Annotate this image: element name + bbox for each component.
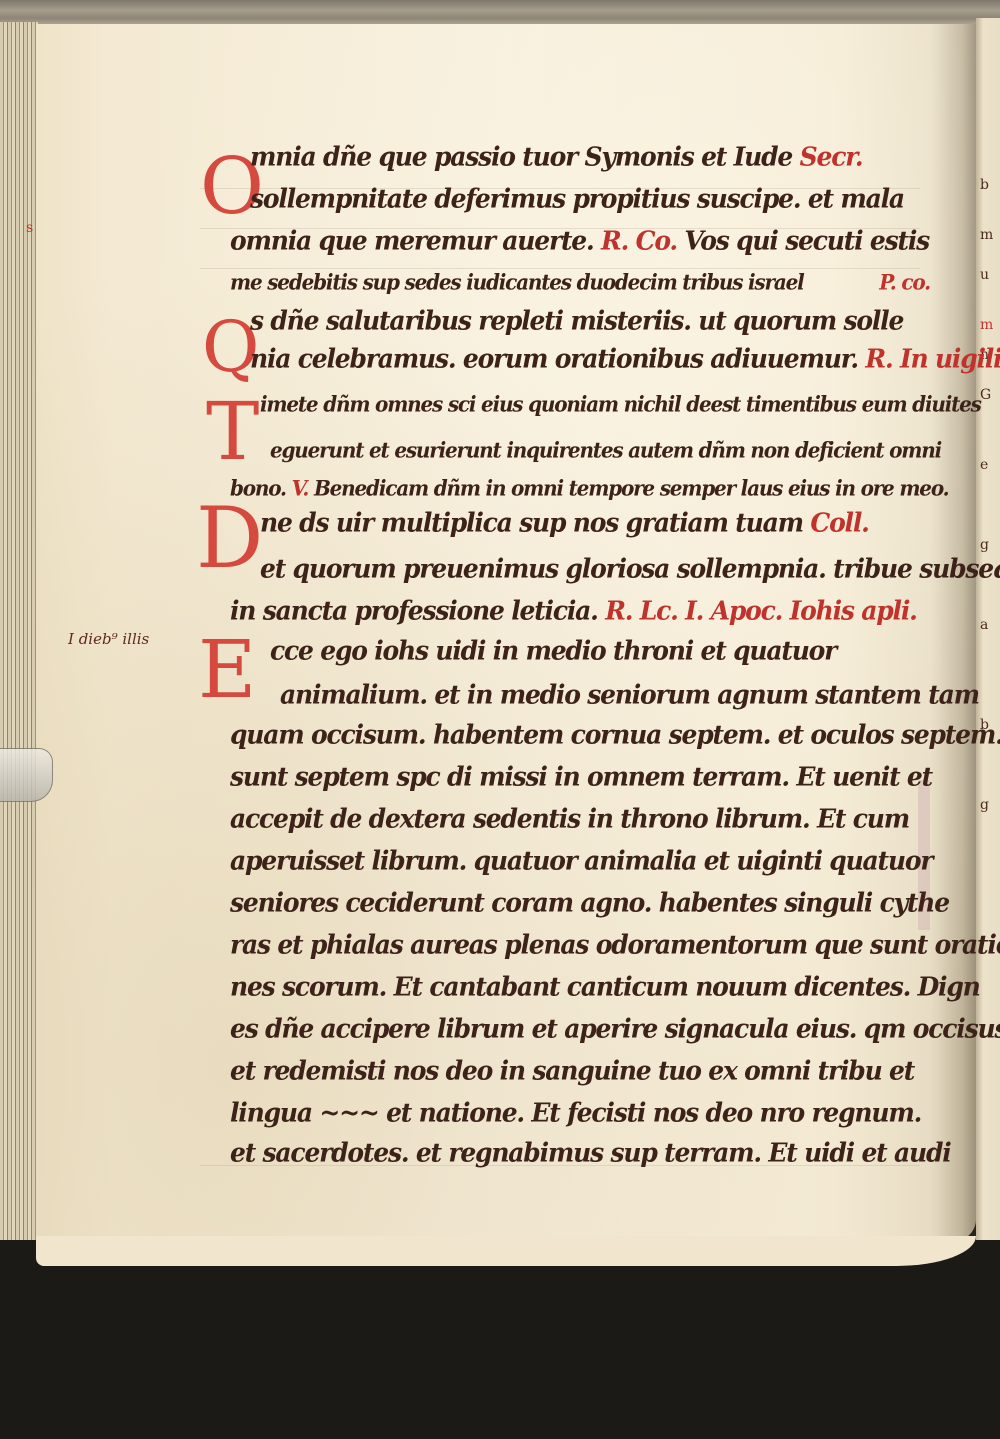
gutter-shadow bbox=[930, 24, 976, 1250]
text-line-11: et quorum preuenimus gloriosa sollempnia… bbox=[260, 553, 1000, 583]
text-line-10: ne ds uir multiplica sup nos gratiam tua… bbox=[260, 507, 869, 537]
rubric-in-uigilia: R. In uigili omni s. bbox=[865, 343, 1000, 373]
next-page-edge: b m u m n G e g a b g bbox=[976, 18, 1000, 1278]
text-line-6: nia celebramus. eorum orationibus adiuue… bbox=[250, 343, 1000, 373]
initial-T: T bbox=[206, 392, 259, 472]
rubric-postcommunio: P. co. bbox=[879, 269, 930, 294]
text-line-3: omnia que meremur auerte. R. Co. Vos qui… bbox=[230, 225, 929, 255]
dark-background bbox=[0, 1240, 1000, 1439]
initial-E: E bbox=[198, 630, 256, 710]
text-line-2: sollempnitate deferimus propitius suscip… bbox=[250, 183, 904, 213]
next-page-glyph: m bbox=[980, 318, 993, 332]
next-page-glyph: g bbox=[980, 798, 989, 812]
text-line-5: s dñe salutaribus repleti misteriis. ut … bbox=[250, 305, 903, 335]
text-line-22: es dñe accipere librum et aperire signac… bbox=[230, 1013, 1000, 1043]
text-line-20: ras et phialas aureas plenas odoramentor… bbox=[230, 929, 1000, 959]
text-line-24: lingua ~~~ et natione. Et fecisti nos de… bbox=[230, 1097, 921, 1127]
bookmark-clip bbox=[0, 748, 53, 802]
rubric-communio: R. Co. bbox=[601, 225, 677, 255]
initial-D: D bbox=[196, 496, 263, 580]
text-line-7: imete dñm omnes sci eius quoniam nichil … bbox=[260, 391, 981, 416]
next-page-glyph: b bbox=[980, 178, 989, 192]
next-page-glyph: u bbox=[980, 268, 989, 282]
rubric-versus: V. bbox=[292, 475, 309, 500]
text-line-25: et sacerdotes. et regnabimus sup terram.… bbox=[230, 1137, 951, 1167]
book-top-edge bbox=[0, 0, 1000, 26]
next-page-glyph: e bbox=[980, 458, 988, 472]
rubric-secreta: Secr. bbox=[800, 141, 863, 171]
text-line-9: bono. V. Benedicam dñm in omni tempore s… bbox=[230, 475, 948, 500]
rubric-collecta: Coll. bbox=[810, 507, 868, 537]
text-line-17: accepit de dextera sedentis in throno li… bbox=[230, 803, 909, 833]
rubric-lectio-apoc: R. Lc. I. Apoc. Iohis apli. bbox=[605, 595, 916, 625]
page-stack-left bbox=[0, 22, 38, 1252]
text-line-21: nes scorum. Et cantabant canticum nouum … bbox=[230, 971, 980, 1001]
text-line-8: eguerunt et esurierunt inquirentes autem… bbox=[270, 437, 941, 462]
text-line-4: me sedebitis sup sedes iudicantes duodec… bbox=[230, 269, 930, 294]
text-line-18: aperuisset librum. quatuor animalia et u… bbox=[230, 845, 932, 875]
text-line-23: et redemisti nos deo in sanguine tuo ex … bbox=[230, 1055, 914, 1085]
next-page-glyph: G bbox=[980, 388, 991, 402]
text-line-12: in sancta professione leticia. R. Lc. I.… bbox=[230, 595, 917, 625]
text-line-1: mnia dñe que passio tuor Symonis et Iude… bbox=[250, 141, 862, 171]
text-line-13: cce ego iohs uidi in medio throni et qua… bbox=[270, 635, 836, 665]
text-line-19: seniores ceciderunt coram agno. habentes… bbox=[230, 887, 949, 917]
next-page-glyph: m bbox=[980, 228, 993, 242]
text-line-15: quam occisum. habentem cornua septem. et… bbox=[230, 719, 1000, 749]
margin-red-mark: s bbox=[26, 220, 33, 236]
next-page-glyph: a bbox=[980, 618, 988, 632]
text-line-16: sunt septem spc di missi in omnem terram… bbox=[230, 761, 932, 791]
page-bottom-edge bbox=[36, 1236, 976, 1266]
text-line-14: animalium. et in medio seniorum agnum st… bbox=[280, 679, 979, 709]
margin-note: I dieb⁹ illis bbox=[68, 630, 149, 648]
next-page-glyph: g bbox=[980, 538, 989, 552]
